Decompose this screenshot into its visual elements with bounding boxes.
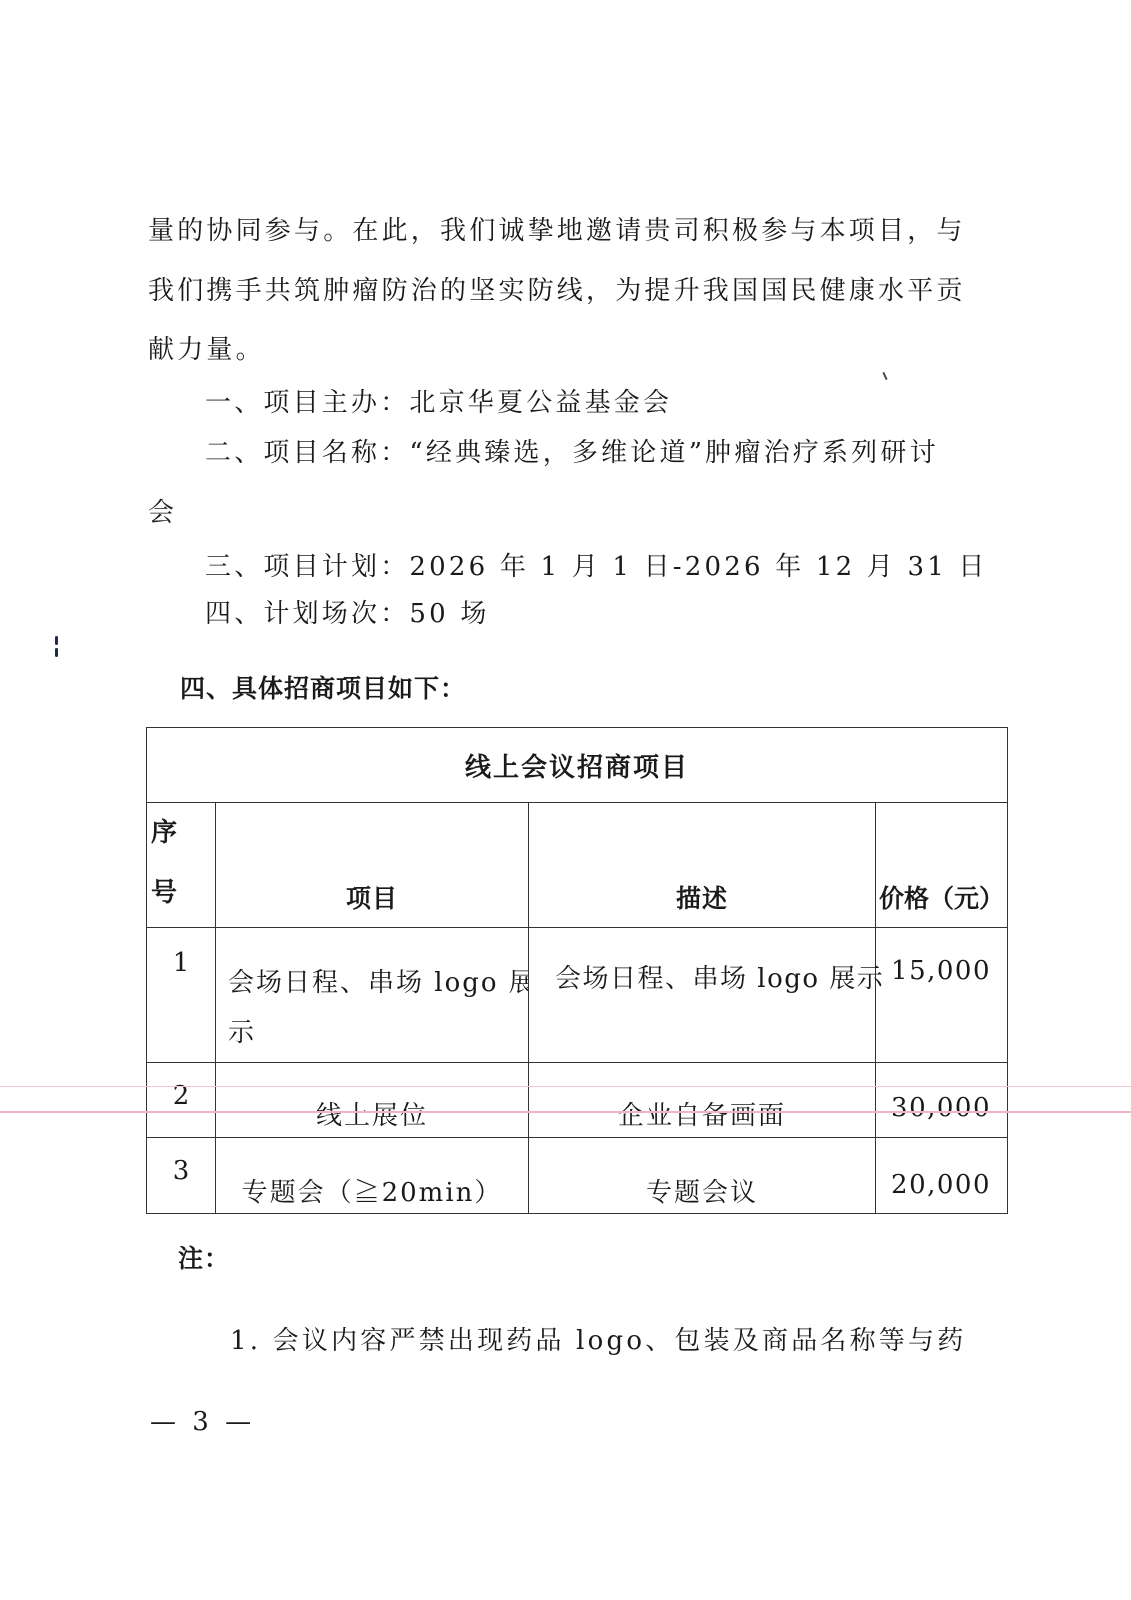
header-price-label: 价格（元） [876, 879, 1007, 915]
header-description-label: 描述 [529, 879, 875, 915]
note-item-1: 1. 会议内容严禁出现药品 logo、包装及商品名称等与药 [230, 1328, 966, 1354]
item-host: 一、项目主办：北京华夏公益基金会 [205, 390, 672, 416]
row-item: 专题会（≧20min） [216, 1138, 529, 1214]
table-row: 1 会场日程、串场 logo 展 示 会场日程、串场 logo 展示 15,00… [147, 928, 1008, 1063]
header-seq: 序 号 [147, 803, 216, 928]
row-seq: 1 [147, 928, 216, 1063]
scan-artifact-line [0, 1086, 1131, 1087]
row-price: 30,000 [876, 1063, 1008, 1138]
table-row: 2 线上展位 企业自备画面 30,000 [147, 1063, 1008, 1138]
header-item-label: 项目 [216, 879, 528, 915]
row-description: 会场日程、串场 logo 展示 [529, 928, 876, 1063]
item-name-line-2: 会 [148, 500, 177, 526]
row-seq: 3 [147, 1138, 216, 1214]
row-seq: 2 [147, 1063, 216, 1138]
row-description: 企业自备画面 [529, 1063, 876, 1138]
sponsorship-table: 线上会议招商项目 序 号 项目 描述 价格（元） 1 会场日程、串场 logo … [146, 727, 1008, 1214]
header-seq-top: 序 [151, 803, 215, 863]
row-item-line-2: 示 [228, 1004, 528, 1062]
item-plan: 三、项目计划：2026 年 1 月 1 日-2026 年 12 月 31 日 [205, 554, 988, 580]
scan-artifact-line [0, 1111, 1131, 1113]
item-sessions: 四、计划场次：50 场 [205, 601, 490, 627]
header-price: 价格（元） [876, 803, 1008, 928]
section-heading: 四、具体招商项目如下： [180, 676, 466, 701]
header-seq-bottom: 号 [151, 863, 215, 923]
page-number: — 3 — [150, 1407, 255, 1437]
header-description: 描述 [529, 803, 876, 928]
table-title-row: 线上会议招商项目 [147, 728, 1008, 803]
paragraph-line-2: 我们携手共筑肿瘤防治的坚实防线，为提升我国国民健康水平贡 [148, 278, 966, 304]
row-price: 15,000 [876, 928, 1008, 1063]
row-item: 线上展位 [216, 1063, 529, 1138]
paragraph-line-1: 量的协同参与。在此，我们诚挚地邀请贵司积极参与本项目，与 [148, 218, 966, 244]
header-item: 项目 [216, 803, 529, 928]
row-price: 20,000 [876, 1138, 1008, 1214]
row-item-line-1: 会场日程、串场 logo 展 [228, 954, 528, 1012]
notes-label: 注： [178, 1246, 230, 1271]
table-row: 3 专题会（≧20min） 专题会议 20,000 [147, 1138, 1008, 1214]
binding-hole-mark [55, 636, 59, 658]
row-item: 会场日程、串场 logo 展 示 [216, 928, 529, 1063]
table-title: 线上会议招商项目 [147, 728, 1008, 803]
row-description: 专题会议 [529, 1138, 876, 1214]
item-name-line-1: 二、项目名称：“经典臻选，多维论道”肿瘤治疗系列研讨 [205, 440, 939, 466]
scan-mark [882, 372, 887, 380]
table-header-row: 序 号 项目 描述 价格（元） [147, 803, 1008, 928]
paragraph-line-3: 献力量。 [148, 337, 265, 363]
